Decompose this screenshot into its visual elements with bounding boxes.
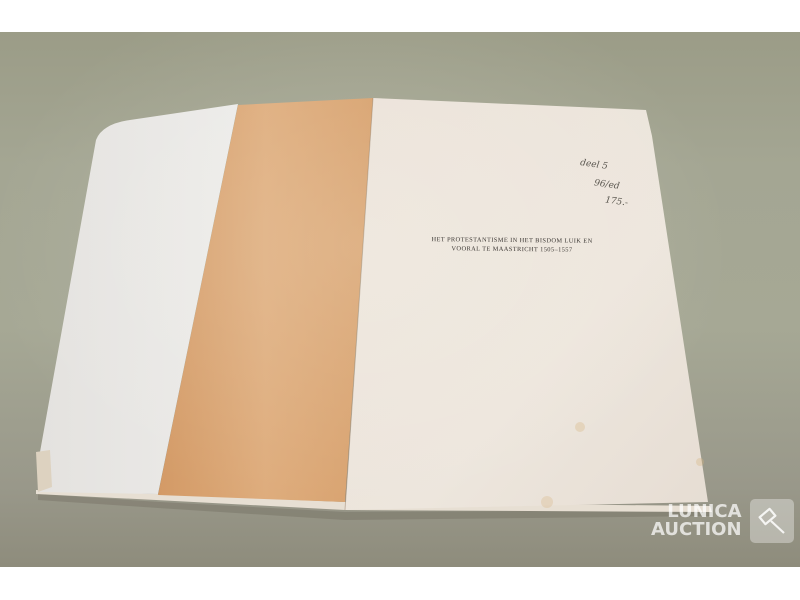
book-title: HET PROTESTANTISME IN HET BISDOM LUIK EN… [412, 235, 612, 255]
watermark-line-2: AUCTION [651, 521, 742, 539]
watermark-text: LUNICA AUCTION [651, 503, 742, 539]
lunica-watermark: LUNICA AUCTION [651, 499, 794, 543]
product-photo [0, 32, 800, 567]
book-illustration [0, 32, 800, 567]
title-page [345, 98, 708, 510]
gavel-icon [750, 499, 794, 543]
